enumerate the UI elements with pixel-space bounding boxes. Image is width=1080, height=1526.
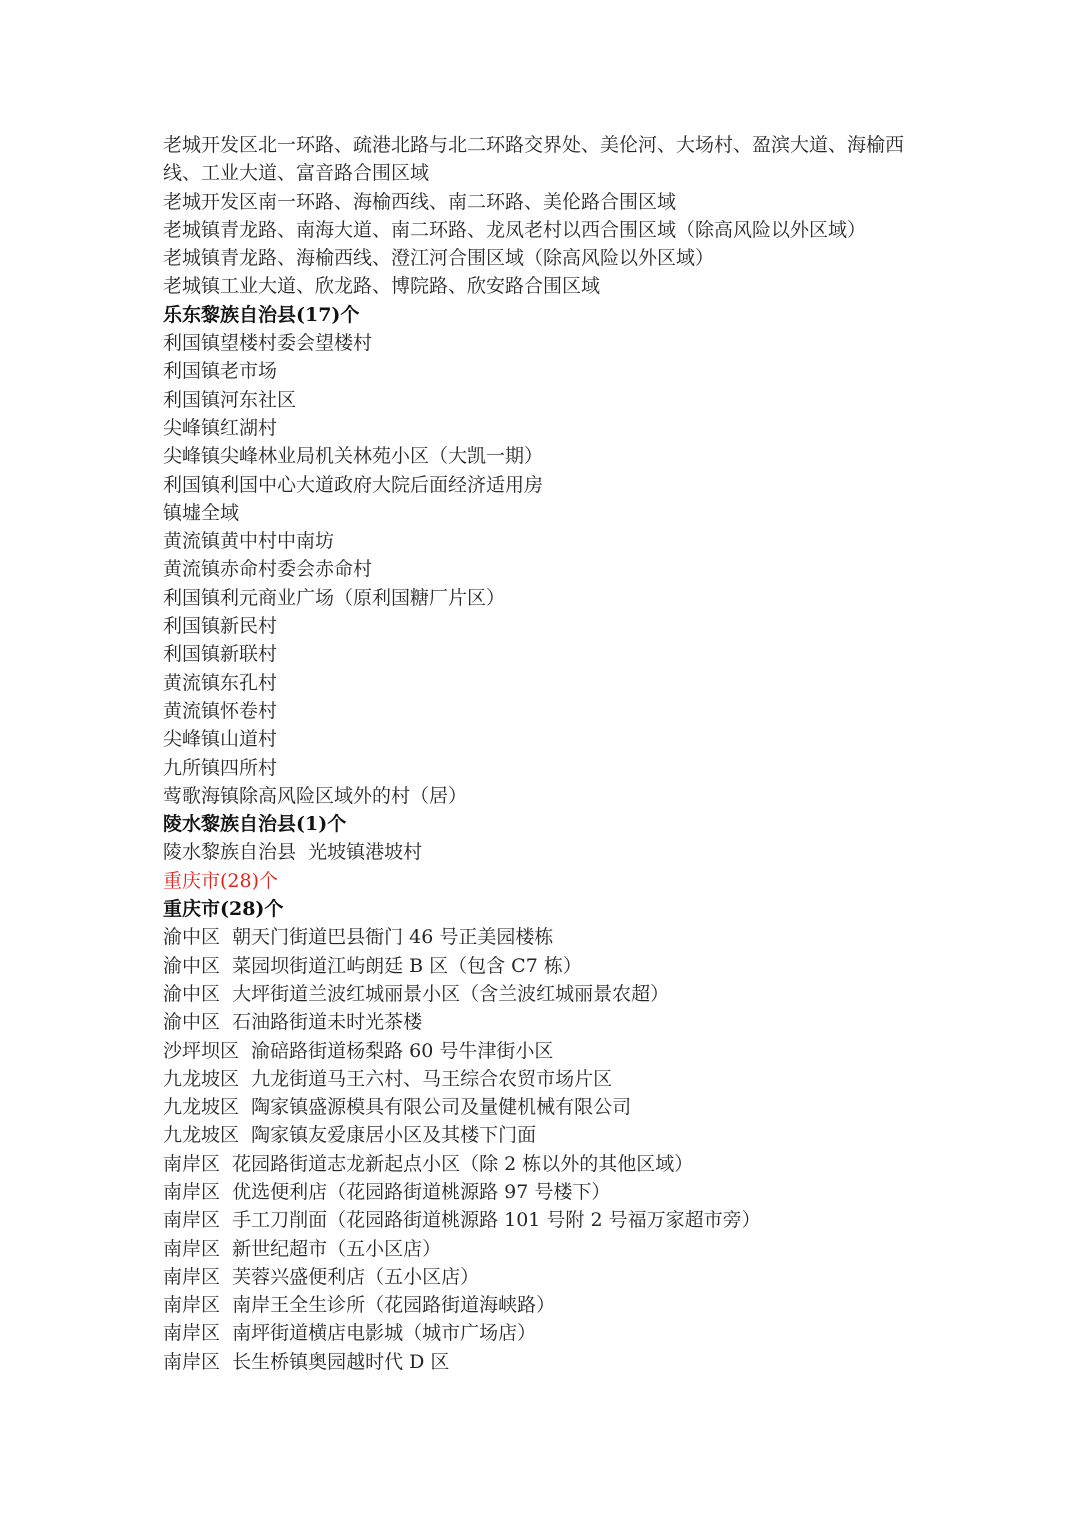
area-line: 南岸区 南坪街道横店电影城（城市广场店） — [163, 1319, 923, 1347]
section-lingshui: 陵水黎族自治县(1)个 陵水黎族自治县 光坡镇港坡村 — [163, 810, 923, 867]
area-line: 黄流镇赤命村委会赤命村 — [163, 555, 923, 583]
area-line: 九龙坡区 九龙街道马王六村、马王综合农贸市场片区 — [163, 1065, 923, 1093]
area-line: 沙坪坝区 渝碚路街道杨梨路 60 号牛津街小区 — [163, 1037, 923, 1065]
area-line: 南岸区 南岸王全生诊所（花园路街道海峡路） — [163, 1291, 923, 1319]
area-line: 尖峰镇尖峰林业局机关林苑小区（大凯一期） — [163, 442, 923, 470]
section-chongqing: 重庆市(28)个 重庆市(28)个 渝中区 朝天门街道巴县衙门 46 号正美园楼… — [163, 867, 923, 1376]
area-line: 利国镇利国中心大道政府大院后面经济适用房 — [163, 471, 923, 499]
area-line: 南岸区 芙蓉兴盛便利店（五小区店） — [163, 1263, 923, 1291]
area-line: 南岸区 长生桥镇奥园越时代 D 区 — [163, 1348, 923, 1376]
area-line: 黄流镇东孔村 — [163, 669, 923, 697]
area-line: 尖峰镇红湖村 — [163, 414, 923, 442]
section-heading: 重庆市(28)个 — [163, 895, 923, 923]
section-heading: 乐东黎族自治县(17)个 — [163, 301, 923, 329]
area-line: 利国镇新联村 — [163, 640, 923, 668]
area-line: 渝中区 大坪街道兰波红城丽景小区（含兰波红城丽景农超） — [163, 980, 923, 1008]
area-line: 利国镇河东社区 — [163, 386, 923, 414]
area-line: 陵水黎族自治县 光坡镇港坡村 — [163, 838, 923, 866]
area-line: 南岸区 手工刀削面（花园路街道桃源路 101 号附 2 号福万家超市旁） — [163, 1206, 923, 1234]
area-line: 老城镇青龙路、南海大道、南二环路、龙凤老村以西合围区域（除高风险以外区域） — [163, 216, 923, 244]
area-line: 九龙坡区 陶家镇友爱康居小区及其楼下门面 — [163, 1121, 923, 1149]
area-line: 渝中区 菜园坝街道江屿朗廷 B 区（包含 C7 栋） — [163, 952, 923, 980]
area-line: 利国镇新民村 — [163, 612, 923, 640]
area-line: 南岸区 花园路街道志龙新起点小区（除 2 栋以外的其他区域） — [163, 1150, 923, 1178]
area-line: 利国镇老市场 — [163, 357, 923, 385]
intro-block: 老城开发区北一环路、疏港北路与北二环路交界处、美伦河、大场村、盈滨大道、海榆西线… — [163, 131, 923, 301]
document-page: 老城开发区北一环路、疏港北路与北二环路交界处、美伦河、大场村、盈滨大道、海榆西线… — [163, 131, 923, 1376]
area-line: 南岸区 新世纪超市（五小区店） — [163, 1235, 923, 1263]
area-line: 老城开发区南一环路、海榆西线、南二环路、美伦路合围区域 — [163, 188, 923, 216]
section-ledong: 乐东黎族自治县(17)个 利国镇望楼村委会望楼村 利国镇老市场 利国镇河东社区 … — [163, 301, 923, 810]
area-line: 九龙坡区 陶家镇盛源模具有限公司及量健机械有限公司 — [163, 1093, 923, 1121]
area-line: 渝中区 石油路街道未时光茶楼 — [163, 1008, 923, 1036]
section-heading: 陵水黎族自治县(1)个 — [163, 810, 923, 838]
province-heading-red: 重庆市(28)个 — [163, 867, 923, 895]
area-line: 尖峰镇山道村 — [163, 725, 923, 753]
area-line: 利国镇望楼村委会望楼村 — [163, 329, 923, 357]
area-line: 利国镇利元商业广场（原利国糖厂片区） — [163, 584, 923, 612]
area-line: 黄流镇黄中村中南坊 — [163, 527, 923, 555]
area-line: 南岸区 优选便利店（花园路街道桃源路 97 号楼下） — [163, 1178, 923, 1206]
area-line: 黄流镇怀卷村 — [163, 697, 923, 725]
area-line: 老城镇工业大道、欣龙路、博院路、欣安路合围区域 — [163, 272, 923, 300]
area-line: 镇墟全域 — [163, 499, 923, 527]
area-line: 老城开发区北一环路、疏港北路与北二环路交界处、美伦河、大场村、盈滨大道、海榆西线… — [163, 131, 923, 188]
area-line: 渝中区 朝天门街道巴县衙门 46 号正美园楼栋 — [163, 923, 923, 951]
area-line: 九所镇四所村 — [163, 754, 923, 782]
area-line: 莺歌海镇除高风险区域外的村（居） — [163, 782, 923, 810]
area-line: 老城镇青龙路、海榆西线、澄江河合围区域（除高风险以外区域） — [163, 244, 923, 272]
